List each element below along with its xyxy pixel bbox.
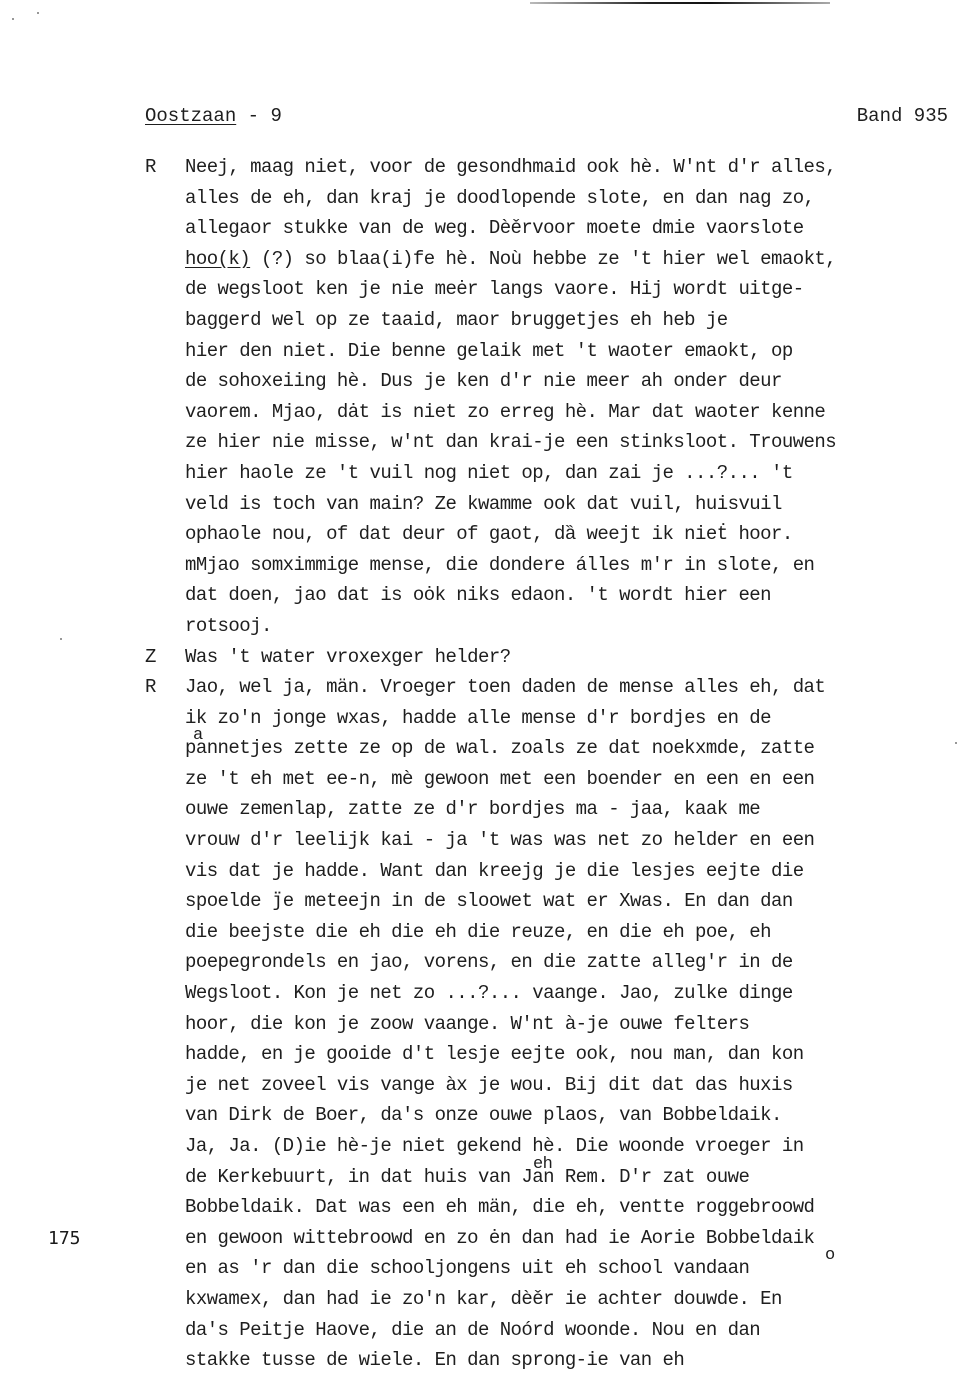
line-text: ik zo'n jonge wxas, hadde alle mense d'r… [185, 706, 771, 730]
line-text: je net zoveel vis vange àx je wou. Bij d… [185, 1073, 793, 1097]
transcript-line: kxwamex, dan had ie zo'n kar, dèěr ie ac… [145, 1287, 945, 1318]
paper-speck [955, 742, 957, 744]
line-text: Wegsloot. Kon je net zo ...?... vaange. … [185, 981, 793, 1005]
transcript-line: baggerd wel op ze taaid, maor bruggetjes… [145, 308, 945, 339]
transcript-line: ZWas 't water vroxexger helder? [145, 645, 945, 676]
transcript-line: hadde, en je gooide d't lesje eejte ook,… [145, 1042, 945, 1073]
line-text: Jao, wel ja, män. Vroeger toen daden de … [185, 675, 825, 699]
transcript-line: RJao, wel ja, män. Vroeger toen daden de… [145, 675, 945, 706]
transcript-line: stakke tusse de wiele. En dan sprong-ie … [145, 1348, 945, 1379]
line-text: ophaole nou, of dat deur of gaot, dȁ wee… [185, 522, 793, 546]
interlinear-note: eh [533, 1153, 552, 1177]
transcript-line: van Dirk de Boer, da's onze ouwe plaos, … [145, 1103, 945, 1134]
line-text: die beejste die eh die eh die reuze, en … [185, 920, 771, 944]
transcript-line: hoor, die kon je zoow vaange. W'nt à-je … [145, 1012, 945, 1043]
header-separator: - [236, 105, 270, 127]
line-text: Was 't water vroxexger helder? [185, 645, 511, 669]
line-text: de Kerkebuurt, in dat huis van Jan Rem. … [185, 1165, 749, 1189]
transcript-line: pannetjes zette ze op de wal. zoals ze d… [145, 736, 945, 767]
speaker-label: R [145, 675, 156, 699]
transcript-line: ze hier nie misse, w'nt dan krai-je een … [145, 430, 945, 461]
transcript-line: Wegsloot. Kon je net zo ...?... vaange. … [145, 981, 945, 1012]
interlinear-note: a [193, 724, 203, 748]
transcript-line: rotsooj. [145, 614, 945, 645]
line-text: allegaor stukke van de weg. Dèěrvoor moe… [185, 216, 804, 240]
line-text: vrouw d'r leelijk kai - ja 't was was ne… [185, 828, 814, 852]
transcript-line: en as 'r dan die schooljongens uit eh sc… [145, 1256, 945, 1287]
line-text: hier den niet. Die benne gelaik met 't w… [185, 339, 793, 363]
line-text: de sohoxeiing hè. Dus je ken d'r nie mee… [185, 369, 782, 393]
transcript-line: mMjao somximmige mense, die dondere álle… [145, 553, 945, 584]
transcript-line: alles de eh, dan kraj je doodlopende slo… [145, 186, 945, 217]
transcript-line: hier haole ze 't vuil nog niet op, dan z… [145, 461, 945, 492]
line-text: vaorem. Mjao, dȧt is niet zo erreg hè. M… [185, 400, 825, 424]
line-text: baggerd wel op ze taaid, maor bruggetjes… [185, 308, 728, 332]
line-text: dat doen, jao dat is oȯk niks edaon. 't … [185, 583, 771, 607]
header-location: Oostzaan - 9 [145, 104, 282, 128]
line-text: rotsooj. [185, 614, 272, 638]
line-text: Neej, maag niet, voor de gesondhmaid ook… [185, 155, 836, 179]
line-text: ze 't eh met ee-n, mè gewoon met een boe… [185, 767, 814, 791]
line-text: de wegsloot ken je nie meėr langs vaore.… [185, 277, 804, 301]
line-text: hadde, en je gooide d't lesje eejte ook,… [185, 1042, 804, 1066]
line-text: spoelde ȷ̈e meteejn in de sloowet wat er… [185, 889, 793, 913]
header-place-name: Oostzaan [145, 105, 236, 127]
transcript-line: vis dat je hadde. Want dan kreejg je die… [145, 859, 945, 890]
line-text: Bobbeldaik. Dat was een eh män, die eh, … [185, 1195, 814, 1219]
line-text: veld is toch van main? Ze kwamme ook dat… [185, 492, 782, 516]
page-top-edge-line [530, 2, 830, 4]
speaker-label: R [145, 155, 156, 179]
transcript-line: poepegrondels en jao, vorens, en die zat… [145, 950, 945, 981]
transcript-line: de Kerkebuurt, in dat huis van Jan Rem. … [145, 1165, 945, 1196]
line-text: stakke tusse de wiele. En dan sprong-ie … [185, 1348, 684, 1372]
transcript-body: RNeej, maag niet, voor de gesondhmaid oo… [145, 155, 945, 1379]
line-text: en gewoon wittebroowd en zo ėn dan had i… [185, 1226, 814, 1250]
transcript-line: vaorem. Mjao, dȧt is niet zo erreg hè. M… [145, 400, 945, 431]
transcript-line: RNeej, maag niet, voor de gesondhmaid oo… [145, 155, 945, 186]
transcript-line: veld is toch van main? Ze kwamme ook dat… [145, 492, 945, 523]
line-text: Ja, Ja. (D)ie hè-je niet gekend hè. Die … [185, 1134, 804, 1158]
transcript-line: de sohoxeiing hè. Dus je ken d'r nie mee… [145, 369, 945, 400]
line-text: mMjao somximmige mense, die dondere álle… [185, 553, 814, 577]
line-text: da's Peitje Haove, die an de Noórd woond… [185, 1318, 760, 1342]
transcript-line: allegaor stukke van de weg. Dèěrvoor moe… [145, 216, 945, 247]
line-text: hoo(k) (?) so blaa(i)fe hè. Noù hebbe ze… [185, 247, 836, 271]
transcript-line: ik zo'n jonge wxas, hadde alle mense d'r… [145, 706, 945, 737]
line-text: kxwamex, dan had ie zo'n kar, dèěr ie ac… [185, 1287, 782, 1311]
line-text: ouwe zemenlap, zatte ze d'r bordjes ma -… [185, 797, 760, 821]
line-text: vis dat je hadde. Want dan kreejg je die… [185, 859, 804, 883]
paper-speck [60, 638, 62, 640]
transcript-line: je net zoveel vis vange àx je wou. Bij d… [145, 1073, 945, 1104]
transcript-line: spoelde ȷ̈e meteejn in de sloowet wat er… [145, 889, 945, 920]
line-text: pannetjes zette ze op de wal. zoals ze d… [185, 736, 814, 760]
transcript-line: Bobbeldaik. Dat was een eh män, die eh, … [145, 1195, 945, 1226]
line-text: hier haole ze 't vuil nog niet op, dan z… [185, 461, 793, 485]
transcript-line: de wegsloot ken je nie meėr langs vaore.… [145, 277, 945, 308]
line-text: poepegrondels en jao, vorens, en die zat… [185, 950, 793, 974]
header-band-label: Band 935 [857, 104, 948, 128]
underlined-word: hoo(k) [185, 248, 250, 270]
interlinear-note: o [825, 1244, 835, 1268]
transcript-line: hier den niet. Die benne gelaik met 't w… [145, 339, 945, 370]
transcript-line: die beejste die eh die eh die reuze, en … [145, 920, 945, 951]
transcript-line: dat doen, jao dat is oȯk niks edaon. 't … [145, 583, 945, 614]
transcript-line: ophaole nou, of dat deur of gaot, dȁ wee… [145, 522, 945, 553]
line-text: alles de eh, dan kraj je doodlopende slo… [185, 186, 814, 210]
transcript-line: ze 't eh met ee-n, mè gewoon met een boe… [145, 767, 945, 798]
speaker-label: Z [145, 645, 156, 669]
line-text: en as 'r dan die schooljongens uit eh sc… [185, 1256, 749, 1280]
paper-speck [37, 12, 39, 14]
header-page-number: 9 [270, 105, 281, 127]
line-text: hoor, die kon je zoow vaange. W'nt à-je … [185, 1012, 749, 1036]
transcript-line: vrouw d'r leelijk kai - ja 't was was ne… [145, 828, 945, 859]
transcript-line: ouwe zemenlap, zatte ze d'r bordjes ma -… [145, 797, 945, 828]
transcript-line: hoo(k) (?) so blaa(i)fe hè. Noù hebbe ze… [145, 247, 945, 278]
transcript-line: da's Peitje Haove, die an de Noórd woond… [145, 1318, 945, 1349]
line-text: van Dirk de Boer, da's onze ouwe plaos, … [185, 1103, 782, 1127]
line-text: ze hier nie misse, w'nt dan krai-je een … [185, 430, 836, 454]
margin-counter-number: 175 [48, 1228, 81, 1250]
paper-speck [12, 18, 14, 20]
